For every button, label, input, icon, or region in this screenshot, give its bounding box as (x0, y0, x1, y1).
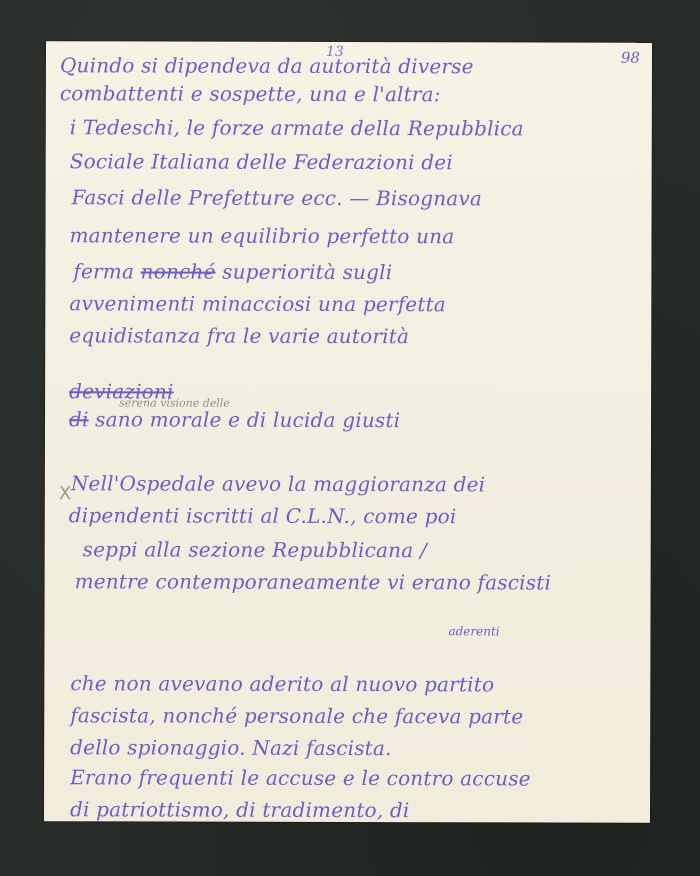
text-line: di sano morale e di lucida giusti (69, 407, 400, 432)
struck-word: nonché (141, 259, 216, 283)
text-line: fascista, nonché personale che faceva pa… (70, 703, 523, 728)
page-number: 98 (621, 49, 640, 67)
text-line: Erano frequenti le accuse e le contro ac… (70, 765, 531, 790)
handwritten-text-block: Quindo si dipendeva da autorità diverse … (60, 51, 645, 53)
margin-x-mark: X (59, 483, 71, 504)
text-line: dello spionaggio. Nazi fascista. (70, 735, 391, 760)
text-line: Quindo si dipendeva da autorità diverse (60, 53, 474, 78)
text-line: che non avevano aderito al nuovo partito (70, 671, 494, 696)
manuscript-page: 13 98 Quindo si dipendeva da autorità di… (44, 41, 652, 823)
text-line: Fasci delle Prefetture ecc. — Bisognava (72, 185, 482, 210)
text-line: avvenimenti minacciosi una perfetta (69, 291, 446, 316)
text-line: seppi alla sezione Repubblicana / (83, 537, 427, 562)
struck-word: di (69, 407, 89, 431)
text-line: di patriottismo, di tradimento, di (70, 797, 410, 822)
text-line: dipendenti iscritti al C.L.N., come poi (69, 503, 457, 528)
text-line: mentre contemporaneamente vi erano fasci… (75, 569, 552, 594)
text-line: equidistanza fra le varie autorità (69, 323, 409, 348)
text-line: Nell'Ospedale avevo la maggioranza dei (71, 471, 485, 496)
ink-insertion: aderenti (448, 624, 499, 638)
text-line: Sociale Italiana delle Federazioni dei (70, 149, 453, 174)
text-line: mantenere un equilibrio perfetto una (69, 223, 454, 248)
text-line: i Tedeschi, le forze armate della Repubb… (70, 115, 524, 140)
text-line: combattenti e sospette, una e l'altra: (60, 81, 441, 106)
text-line: ferma nonché superiorità sugli (73, 259, 392, 284)
